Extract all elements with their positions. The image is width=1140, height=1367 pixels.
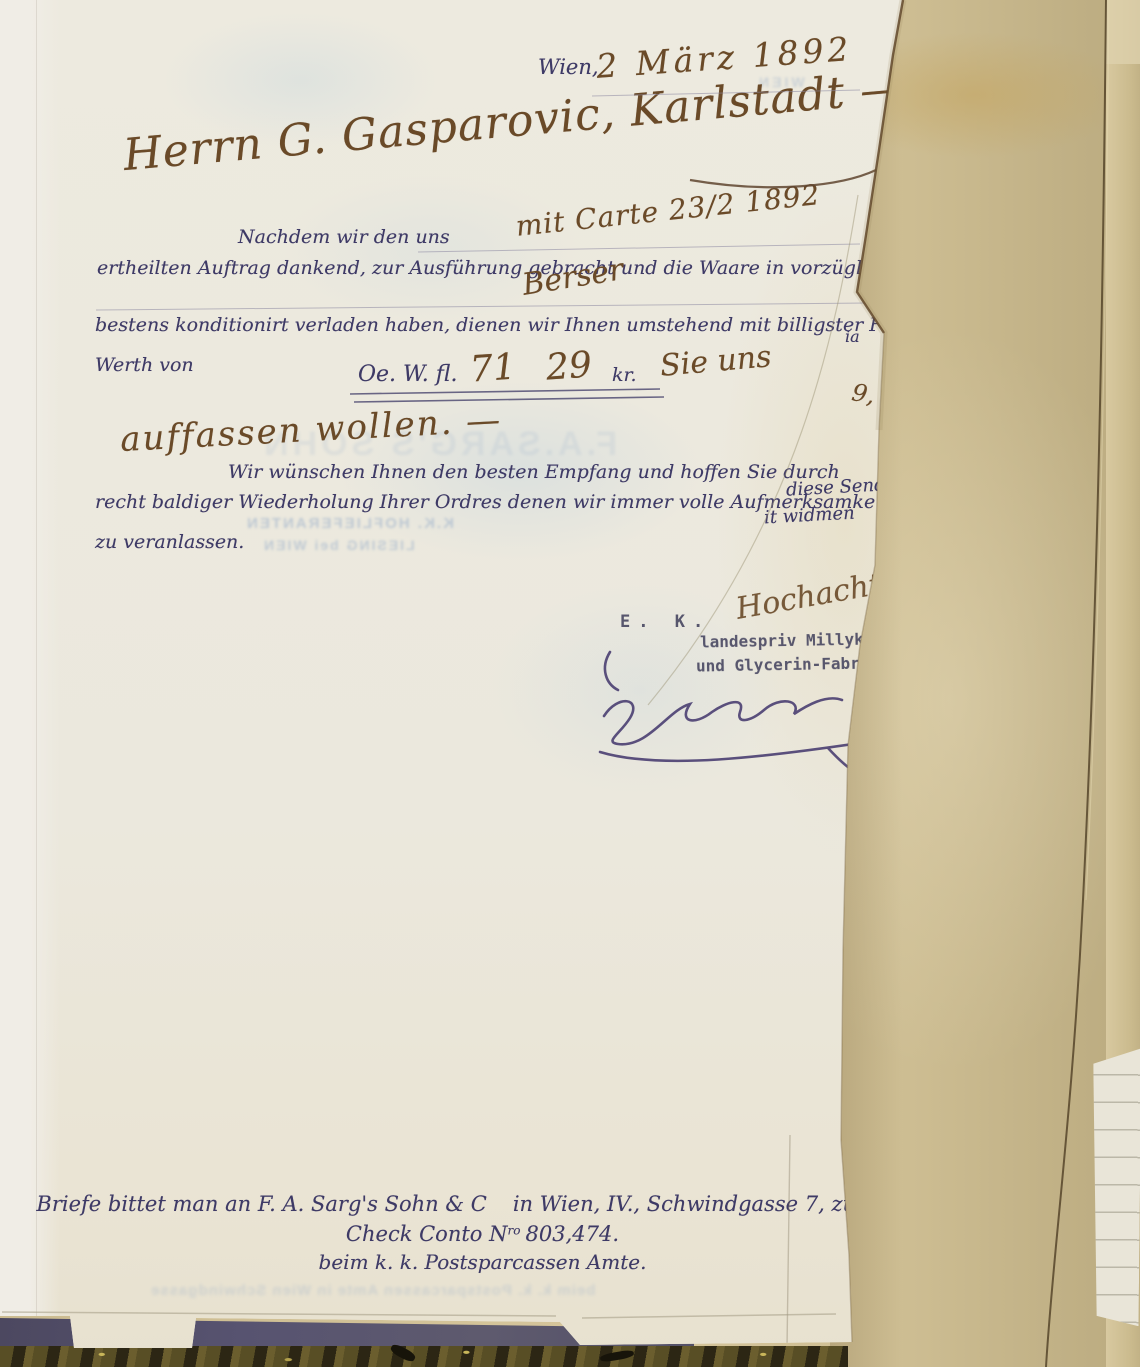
value-handwritten-after: Sie uns [659, 339, 773, 384]
body-line1-printed: Nachdem wir den uns [238, 226, 450, 248]
para2-line3: zu veranlassen. [95, 531, 244, 553]
ghost-text: LIESING bei WIEN [262, 537, 415, 553]
place-label: Wien, [538, 55, 599, 79]
stamp-line2: und Glycerin-Fabrik [696, 653, 879, 675]
werth-label: Werth von [95, 354, 194, 376]
album-page-edge-top [1106, 0, 1140, 64]
torn-fragment-ia: ia [845, 327, 860, 346]
torn-fragment-nine: 9, [850, 378, 877, 410]
marble-streak [389, 1342, 417, 1363]
footer-line2: Check Conto Nro 803,474. [95, 1222, 870, 1246]
footer-check-sup: ro [507, 1224, 520, 1238]
stamp-line1: landespriv Millyke [700, 629, 874, 651]
stamp-initials: E. K. [620, 612, 711, 632]
body-line1-handwritten: mit Carte 23/2 1892 [514, 178, 822, 243]
binding-marbled-edge [0, 1346, 848, 1367]
value-prefix: Oe. W. fl. [358, 362, 457, 387]
ghost-text: K.K. HOFLIEFERANTEN [245, 515, 454, 532]
body-line4-printed: bestens konditionirt verladen haben, die… [95, 314, 923, 336]
footer-line3: beim k. k. Postsparcassen Amte. [95, 1250, 870, 1274]
value-amount-fl: 71 [469, 346, 518, 390]
footer-line1a: Briefe bittet man an F. A. Sarg's Sohn &… [36, 1192, 486, 1216]
salutation-handwritten: Herrn G. Gasparovic, Karlstadt — [121, 62, 907, 181]
para2-line2: recht baldiger Wiederholung Ihrer Ordres… [95, 491, 875, 513]
document-photo: F.A.SARG'S SOHN K.K. HOFLIEFERANTEN LIES… [0, 0, 1140, 1367]
value-suffix: kr. [612, 364, 637, 386]
footer-line1: Briefe bittet man an F. A. Sarg's Sohn &… [95, 1192, 870, 1216]
para2-line1: Wir wünschen Ihnen den besten Empfang un… [228, 461, 840, 483]
value-amount-kr: 29 [545, 344, 594, 388]
marble-streak [600, 1349, 635, 1363]
footer-check-label: Check Conto N [346, 1222, 508, 1246]
ghost-text: beim k. k. Postsparcassen Amte in Wien S… [150, 1282, 595, 1299]
torn-fragment-it-widmen: it widmen [764, 503, 856, 529]
footer-check-number: 803,474. [526, 1222, 620, 1246]
